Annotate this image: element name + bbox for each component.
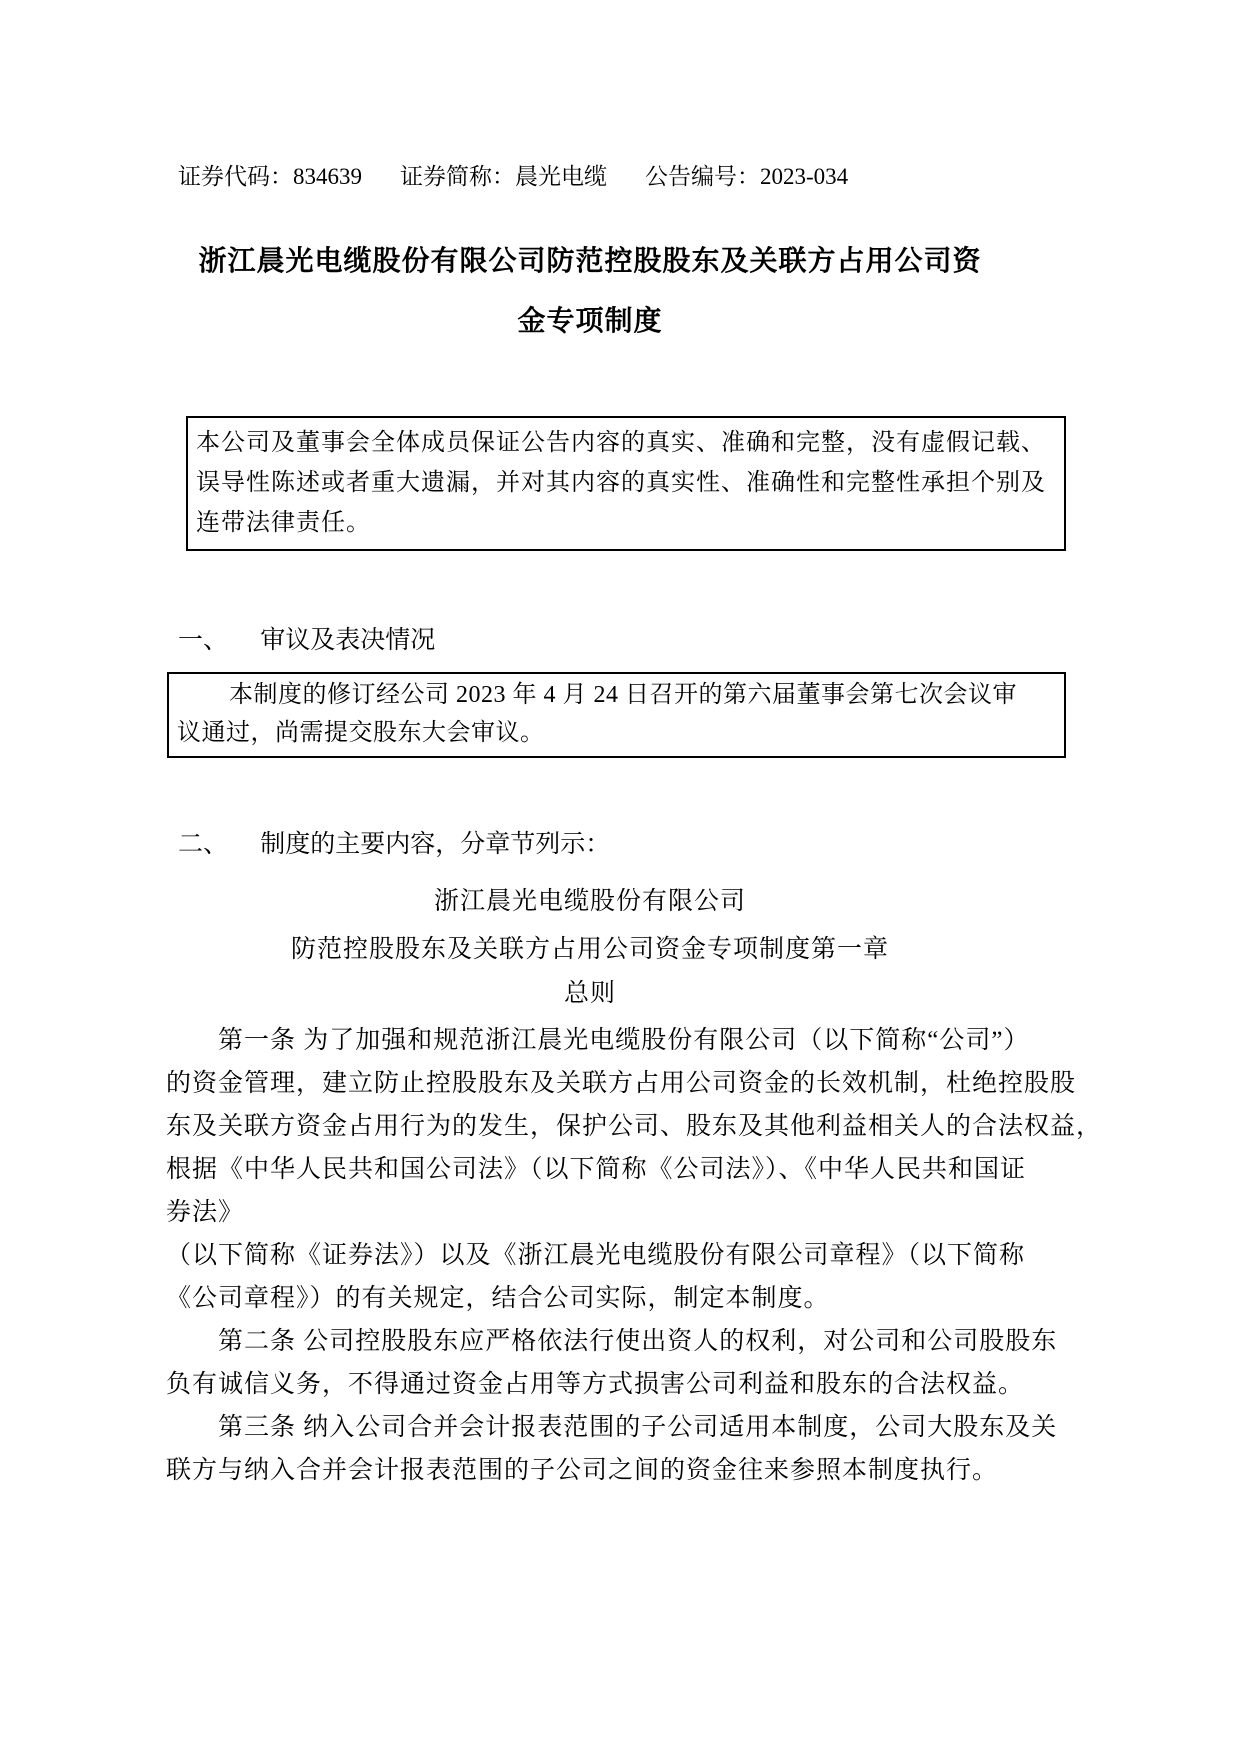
announcement-number: 公告编号：2023-034 [645,158,848,191]
article-body: 第一条 为了加强和规范浙江晨光电缆股份有限公司（以下简称“公司”） 的资金管理，… [166,1019,1096,1492]
section-1-heading: 一、 审议及表决情况 [178,620,435,656]
title-line-2: 金专项制度 [150,292,1030,352]
section-2-heading: 二、 制度的主要内容，分章节列示： [178,824,610,860]
title-line-1: 浙江晨光电缆股份有限公司防范控股股东及关联方占用公司资 [150,232,1030,292]
resolution-line: 本制度的修订经公司 2023 年 4 月 24 日召开的第六届董事会第七次会议审 [177,676,1056,714]
section-2-number: 二、 [178,831,228,858]
document-page: 证券代码：834639 证券简称：晨光电缆 公告编号：2023-034 浙江晨光… [0,0,1240,1754]
article-line: 根据《中华人民共和国公司法》（以下简称《公司法》）、《中华人民共和国证 [166,1148,1096,1191]
subtitle-general-rules: 总则 [150,973,1030,1009]
subtitle-system-chapter: 防范控股股东及关联方占用公司资金专项制度第一章 [150,929,1030,965]
article-line: 第二条 公司控股股东应严格依法行使出资人的权利，对公司和公司股股东 [166,1320,1096,1363]
article-line: 负有诚信义务，不得通过资金占用等方式损害公司利益和股东的合法权益。 [166,1363,1096,1406]
document-title: 浙江晨光电缆股份有限公司防范控股股东及关联方占用公司资 金专项制度 [150,232,1030,352]
article-line: 第一条 为了加强和规范浙江晨光电缆股份有限公司（以下简称“公司”） [166,1019,1096,1062]
article-line: 东及关联方资金占用行为的发生，保护公司、股东及其他利益相关人的合法权益， [166,1105,1096,1148]
document-header: 证券代码：834639 证券简称：晨光电缆 公告编号：2023-034 [178,158,848,191]
stock-short-name: 证券简称：晨光电缆 [400,158,607,191]
article-line: 第三条 纳入公司合并会计报表范围的子公司适用本制度，公司大股东及关 [166,1406,1096,1449]
disclaimer-line: 本公司及董事会全体成员保证公告内容的真实、准确和完整，没有虚假记载、 [196,423,1056,463]
article-line: 券法》 [166,1191,1096,1234]
disclaimer-line: 连带法律责任。 [196,503,1056,543]
disclaimer-line: 误导性陈述或者重大遗漏，并对其内容的真实性、准确性和完整性承担个别及 [196,463,1056,503]
article-line: 《公司章程》）的有关规定，结合公司实际，制定本制度。 [166,1277,1096,1320]
section-1-number: 一、 [178,627,228,654]
article-line: 联方与纳入合并会计报表范围的子公司之间的资金往来参照本制度执行。 [166,1449,1096,1492]
stock-code: 证券代码：834639 [178,158,362,191]
section-1-title: 审议及表决情况 [260,627,435,654]
section-2-title: 制度的主要内容，分章节列示： [260,831,610,858]
disclaimer-box: 本公司及董事会全体成员保证公告内容的真实、准确和完整，没有虚假记载、 误导性陈述… [186,416,1066,551]
article-line: 的资金管理，建立防止控股股东及关联方占用公司资金的长效机制，杜绝控股股 [166,1062,1096,1105]
subtitle-company-name: 浙江晨光电缆股份有限公司 [150,881,1030,917]
resolution-line: 议通过，尚需提交股东大会审议。 [177,714,1056,752]
article-line: （以下简称《证券法》）以及《浙江晨光电缆股份有限公司章程》（以下简称 [166,1234,1096,1277]
resolution-box: 本制度的修订经公司 2023 年 4 月 24 日召开的第六届董事会第七次会议审… [167,672,1066,758]
